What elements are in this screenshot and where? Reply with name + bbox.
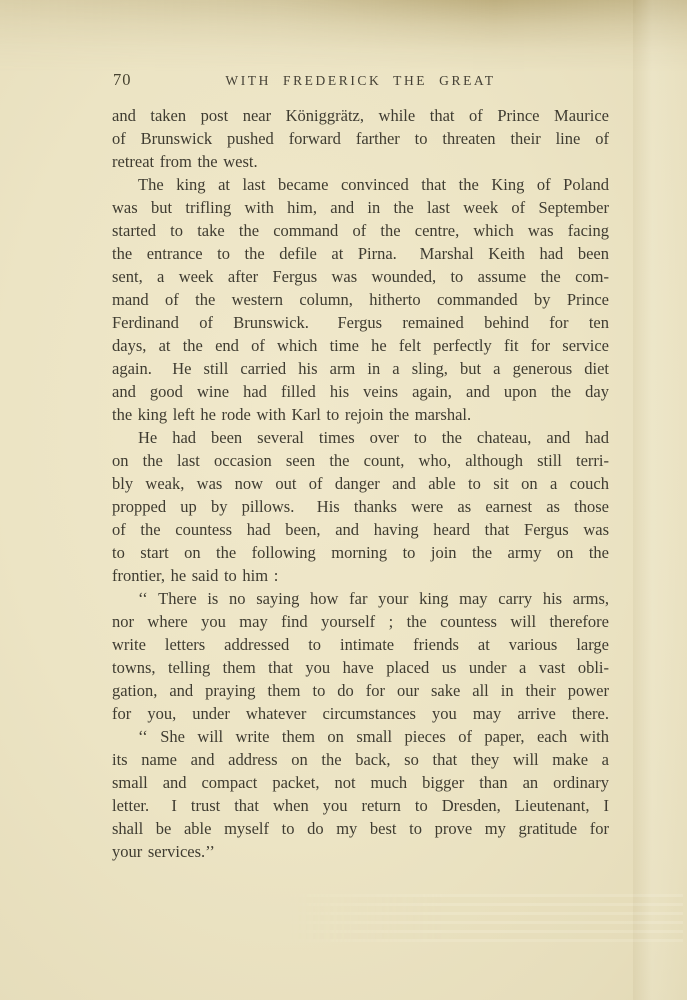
- paragraph: He had been several times over to the ch…: [112, 426, 609, 587]
- text-line: small and compact packet, not much bigge…: [112, 771, 609, 794]
- text-line: the entrance to the defile at Pirna. Mar…: [112, 242, 609, 265]
- text-line: again. He still carried his arm in a sli…: [112, 357, 609, 380]
- book-page: 70 WITH FREDERICK THE GREAT and taken po…: [0, 0, 687, 1000]
- text-line: He had been several times over to the ch…: [112, 426, 609, 449]
- text-line: The king at last became convinced that t…: [112, 173, 609, 196]
- paragraph: ‘‘ She will write them on small pieces o…: [112, 725, 609, 863]
- text-line: to start on the following morning to joi…: [112, 541, 609, 564]
- text-line: for you, under whatever circumstances yo…: [112, 702, 609, 725]
- text-line: propped up by pillows. His thanks were a…: [112, 495, 609, 518]
- text-line: letter. I trust that when you return to …: [112, 794, 609, 817]
- text-line: was but trifling with him, and in the la…: [112, 196, 609, 219]
- scan-streaks: [283, 894, 683, 942]
- text-line: of Brunswick pushed forward farther to t…: [112, 127, 609, 150]
- text-line: towns, telling them that you have placed…: [112, 656, 609, 679]
- text-line: sent, a week after Fergus was wounded, t…: [112, 265, 609, 288]
- text-line: ‘‘ There is no saying how far your king …: [112, 587, 609, 610]
- text-line: and good wine had filled his veins again…: [112, 380, 609, 403]
- text-line: on the last occasion seen the count, who…: [112, 449, 609, 472]
- text-line: Ferdinand of Brunswick. Fergus remained …: [112, 311, 609, 334]
- running-header: WITH FREDERICK THE GREAT: [112, 70, 609, 89]
- scan-top-shading: [0, 0, 687, 72]
- paragraph: ‘‘ There is no saying how far your king …: [112, 587, 609, 725]
- page-header: 70 WITH FREDERICK THE GREAT: [112, 70, 609, 92]
- text-line: bly weak, was now out of danger and able…: [112, 472, 609, 495]
- text-line: days, at the end of which time he felt p…: [112, 334, 609, 357]
- text-line: of the countess had been, and having hea…: [112, 518, 609, 541]
- text-line: and taken post near Königgrätz, while th…: [112, 104, 609, 127]
- scan-right-edge: [633, 0, 687, 1000]
- text-line: mand of the western column, hitherto com…: [112, 288, 609, 311]
- page-number: 70: [113, 70, 132, 90]
- text-line: frontier, he said to him :: [112, 564, 609, 587]
- paragraph: and taken post near Königgrätz, while th…: [112, 104, 609, 173]
- text-line: shall be able myself to do my best to pr…: [112, 817, 609, 840]
- paragraph: The king at last became convinced that t…: [112, 173, 609, 426]
- text-line: the king left he rode with Karl to rejoi…: [112, 403, 609, 426]
- text-line: your services.’’: [112, 840, 609, 863]
- text-line: its name and address on the back, so tha…: [112, 748, 609, 771]
- page-body: and taken post near Königgrätz, while th…: [112, 104, 609, 863]
- text-line: retreat from the west.: [112, 150, 609, 173]
- text-line: ‘‘ She will write them on small pieces o…: [112, 725, 609, 748]
- text-line: started to take the command of the centr…: [112, 219, 609, 242]
- text-line: gation, and praying them to do for our s…: [112, 679, 609, 702]
- text-line: nor where you may find yourself ; the co…: [112, 610, 609, 633]
- text-line: write letters addressed to intimate frie…: [112, 633, 609, 656]
